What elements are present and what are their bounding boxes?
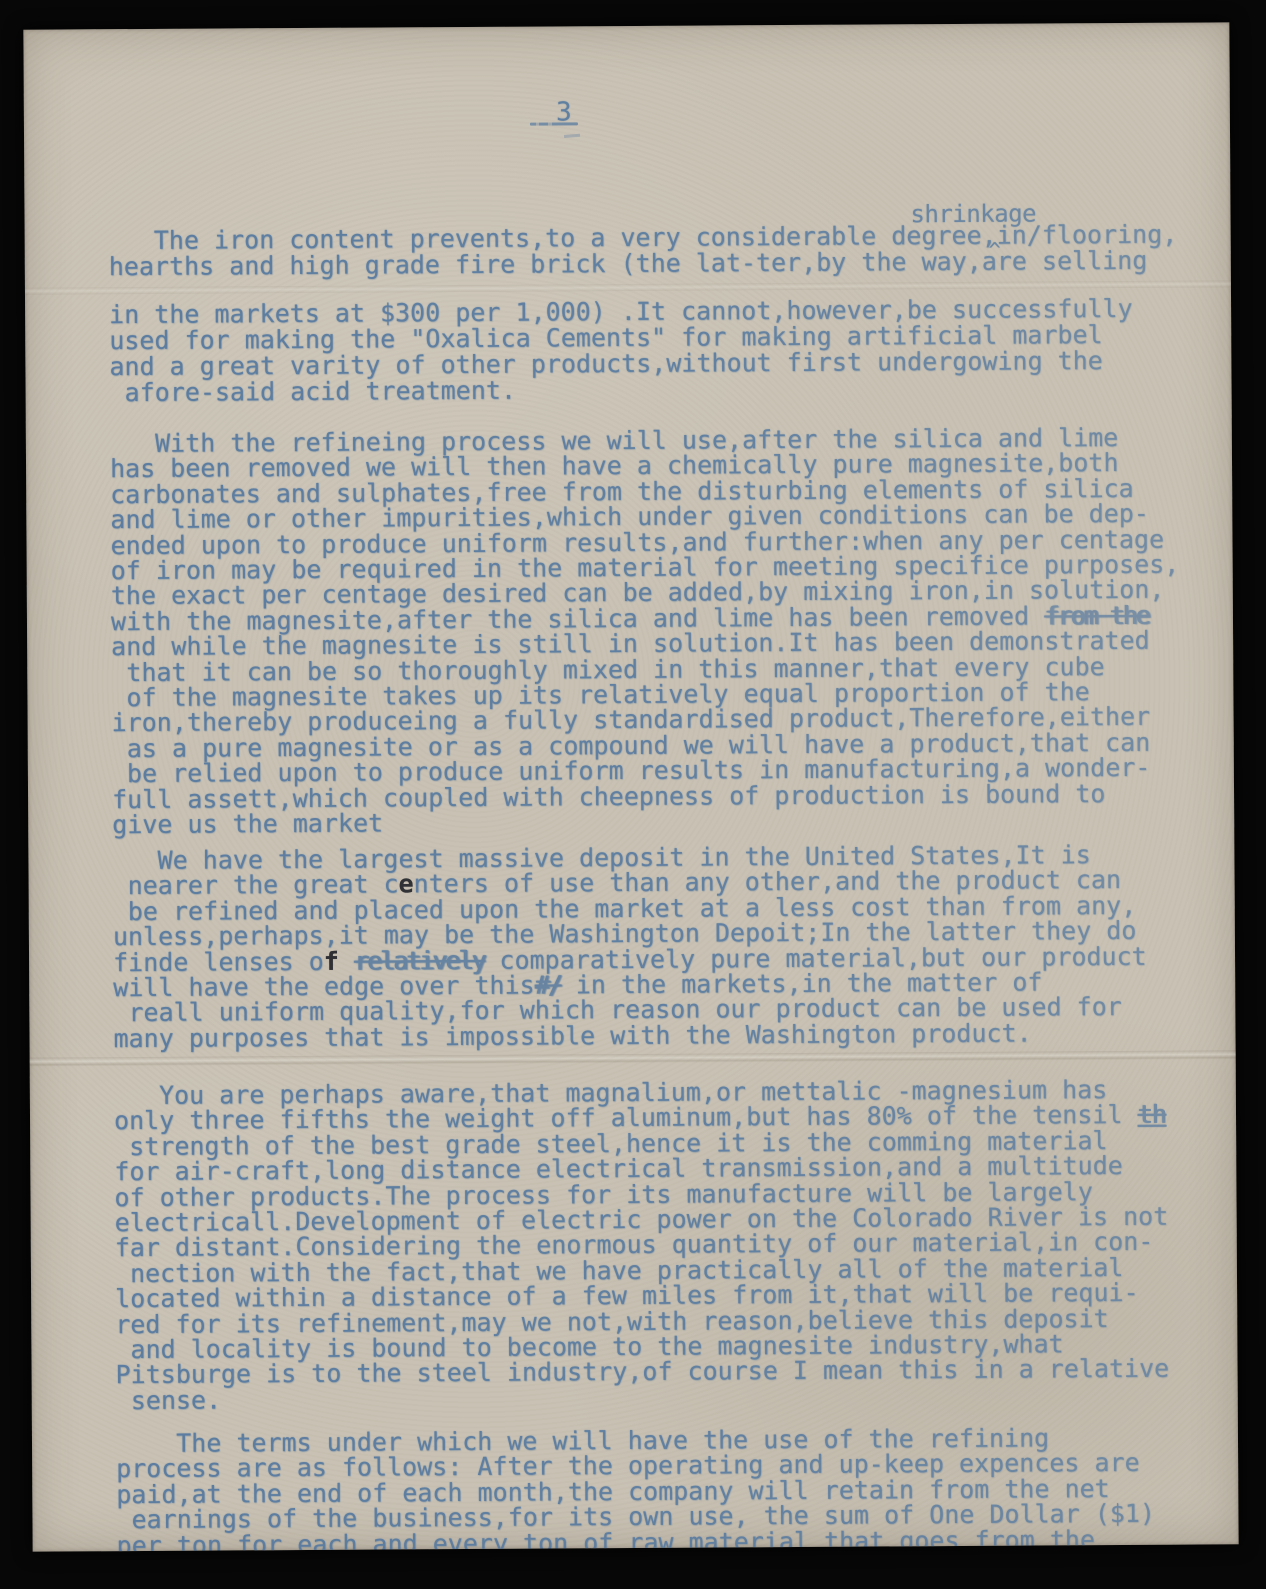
page-number-underline [530,122,578,125]
paragraph-refining-process: With the refineing process we will use,a… [110,424,1227,837]
typed-line: full assett,which coupled with cheepness… [112,780,1227,812]
page-number-smudge [564,134,580,138]
typed-segment: give us the market [112,809,383,840]
typewritten-text-layer: 3 shrinkage ^ The iron content prevents,… [23,22,1238,1551]
typed-segment: hearths and high grade fire brick (the l… [109,246,1148,281]
paragraph-magnalium: You are perhaps aware,that magnalium,or … [114,1076,1231,1413]
typed-segment: and a great varity of other products,wit… [109,346,1103,381]
typed-line: hearths and high grade fire brick (the l… [109,247,1224,280]
typed-line: per ton for each and every ton of raw ma… [117,1526,1232,1558]
typed-segment-strike: #/ [535,970,561,999]
scanned-letter-page: 3 shrinkage ^ The iron content prevents,… [23,22,1238,1551]
typed-segment: afore-said acid treatment. [109,376,516,407]
paragraph-markets-acid-treatment: in the markets at $300 per 1,000) .It ca… [109,295,1225,406]
typed-segment: sense. [116,1385,222,1415]
paragraph-terms: The terms under which we will have the u… [116,1424,1232,1558]
typed-segment: many purposes that is impossible with th… [113,1018,1031,1053]
typed-segment-strike: from the [1044,601,1149,631]
typed-line: Pitsburge is to the steel industry,of co… [116,1356,1231,1388]
typed-segment-strike-underline: th [1137,1100,1165,1129]
typed-segment-strike: relatively [354,946,485,976]
typed-line: many purposes that is impossible with th… [113,1019,1228,1051]
typed-line: afore-said acid treatment. [110,373,1225,406]
paragraph-largest-deposit: We have the largest massive deposit in t… [112,841,1228,1051]
typed-segment: per ton for each and every ton of raw ma… [117,1525,1096,1560]
typed-line: and a great varity of other products,wit… [109,347,1224,380]
paragraph-iron-content: The iron content prevents,to a very cons… [109,221,1224,280]
